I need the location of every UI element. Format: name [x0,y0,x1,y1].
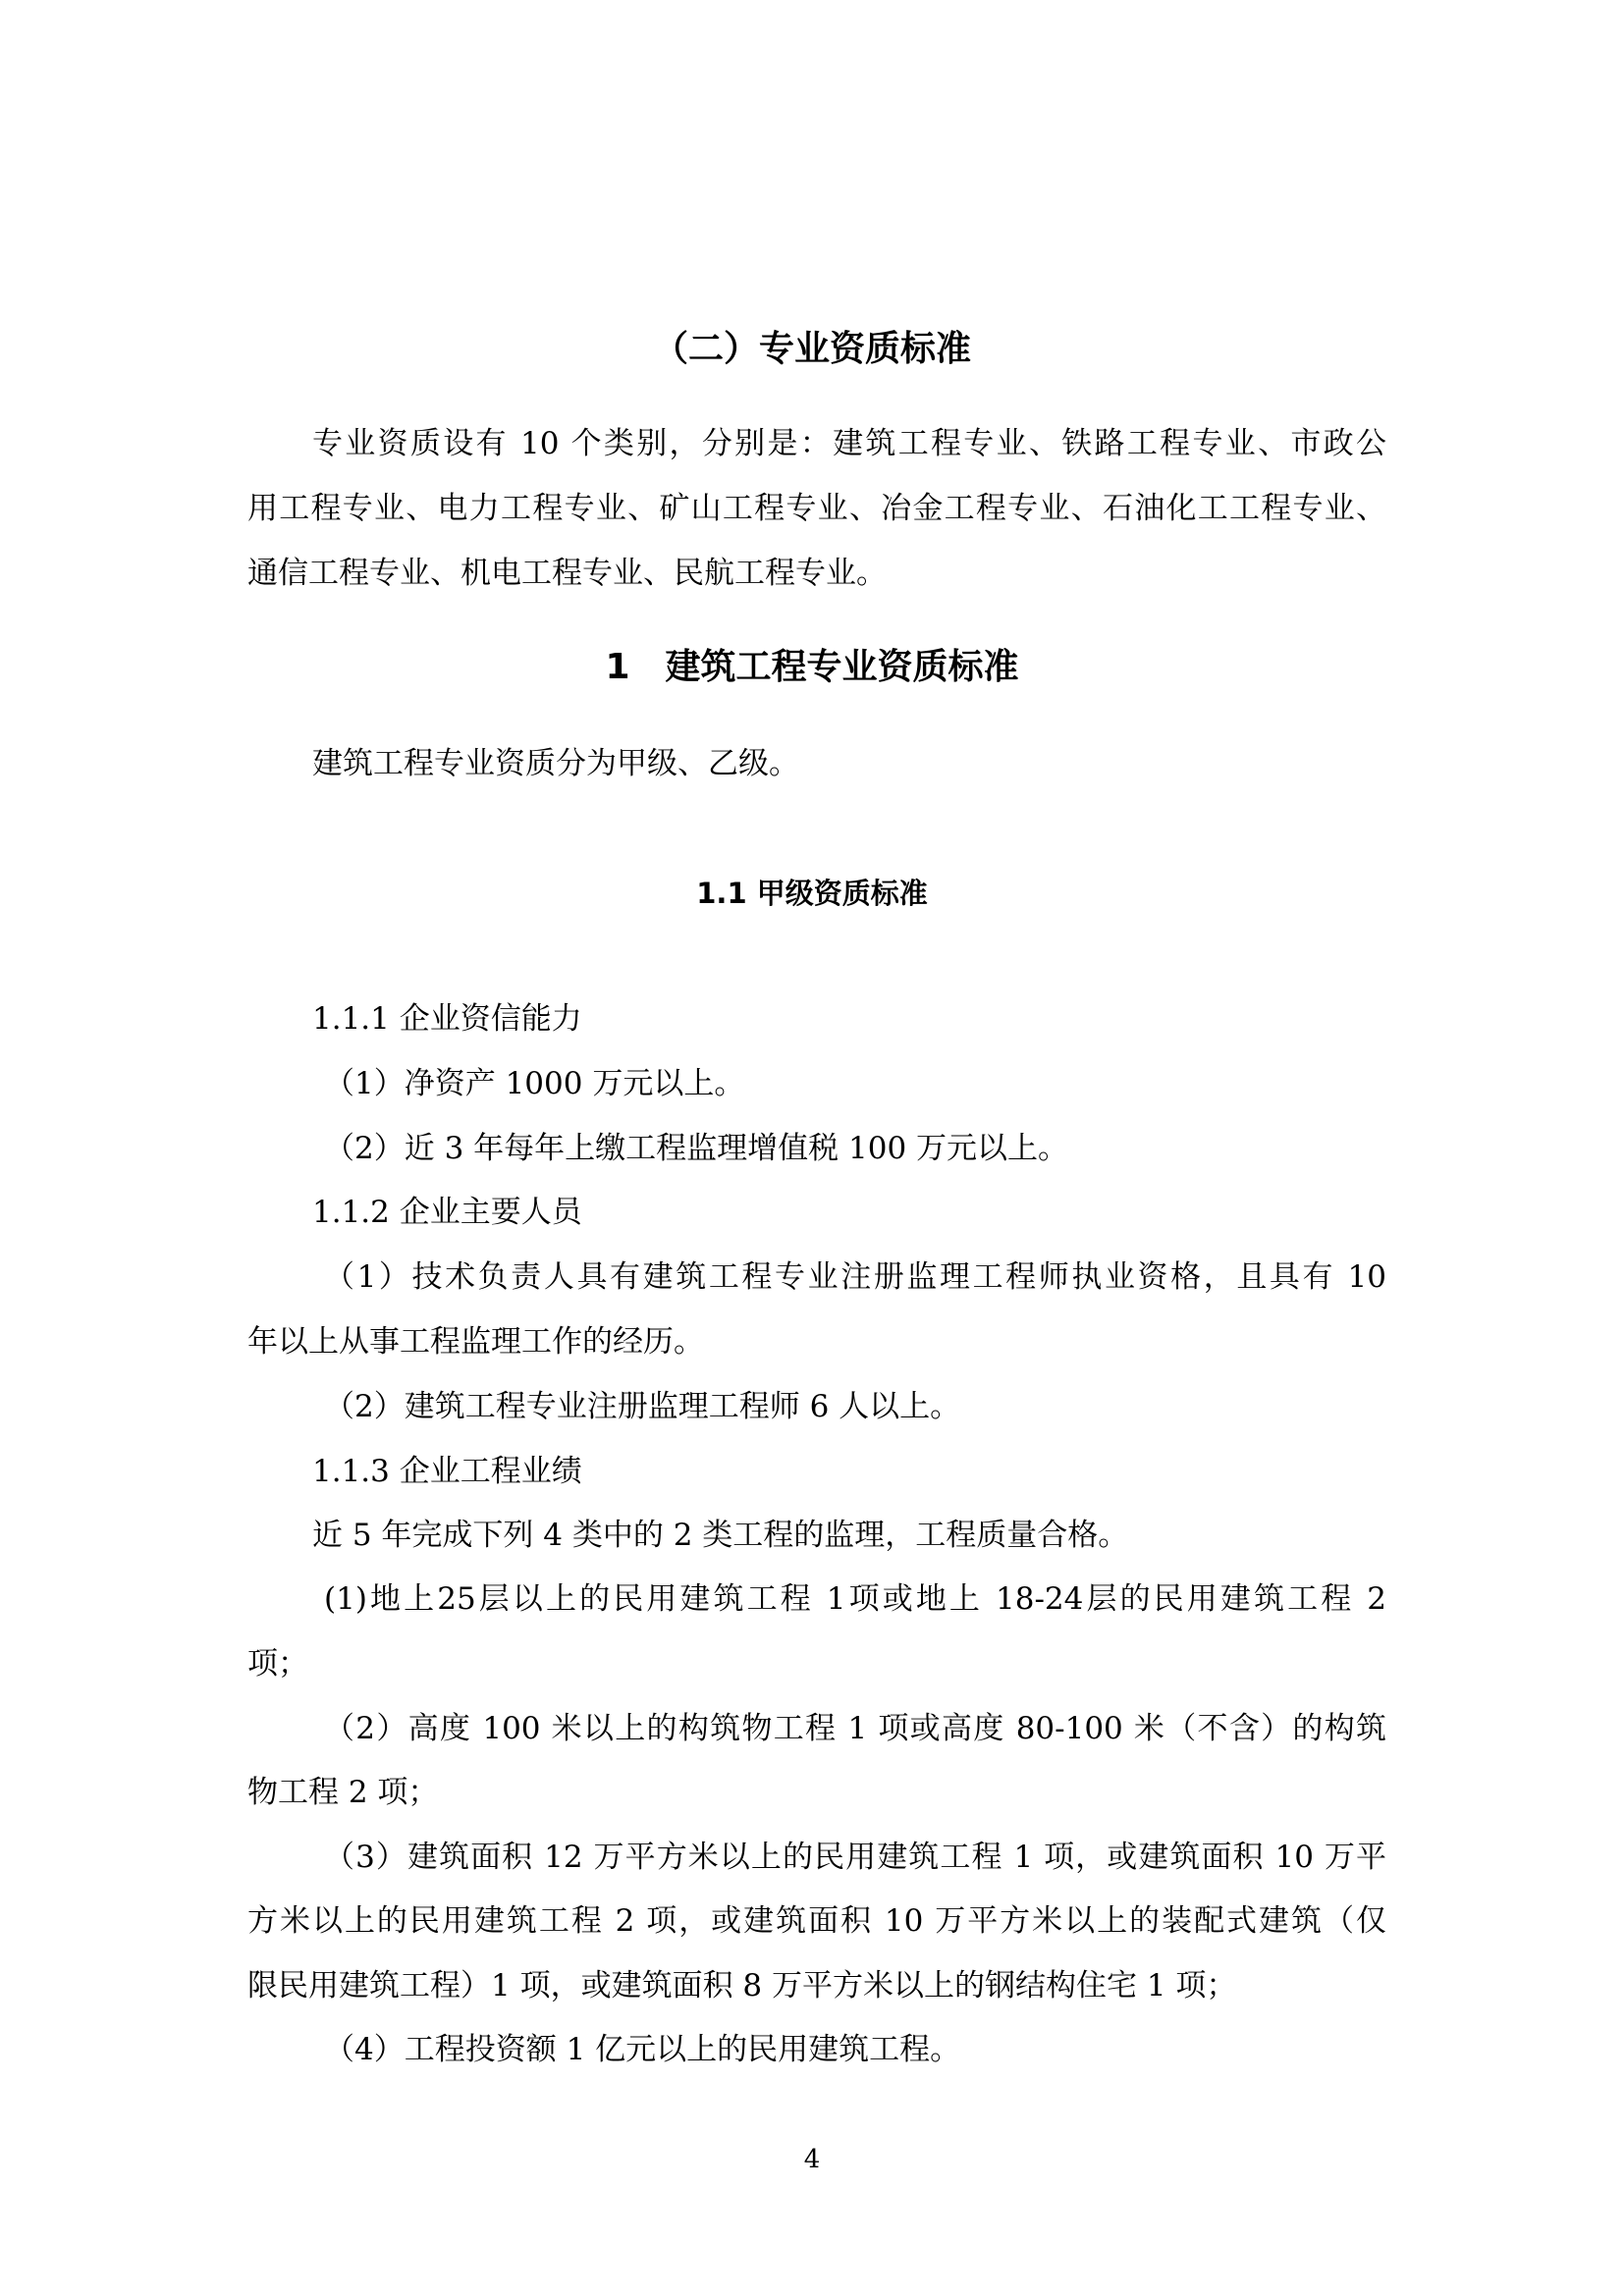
section-title: （二）专业资质标准 [0,330,1624,369]
grade-title: 1.1 甲级资质标准 [0,874,1624,913]
clause-1-1-3-item-3-line-3: 限民用建筑工程）1 项，或建筑面积 8 万平方米以上的钢结构住宅 1 项； [247,1966,1386,2005]
clause-1-1-3-item-3-line-2: 方米以上的民用建筑工程 2 项，或建筑面积 10 万平方米以上的装配式建筑（仅 [247,1901,1386,1941]
clause-1-1-1-item-2: （2）近 3 年每年上缴工程监理增值税 100 万元以上。 [324,1129,1463,1168]
page-number: 4 [0,2140,1624,2179]
intro-line-1: 专业资质设有 10 个类别，分别是：建筑工程专业、铁路工程专业、市政公 [312,424,1386,463]
subsection-title: 1 建筑工程专业资质标准 [0,648,1624,687]
clause-1-1-3-item-1-line-1: (1)地上25层以上的民用建筑工程 1项或地上 18-24层的民用建筑工程 2 [324,1579,1386,1619]
clause-1-1-3-item-2-line-1: （2）高度 100 米以上的构筑物工程 1 项或高度 80-100 米（不含）的… [324,1709,1386,1748]
clause-1-1-3-item-4: （4）工程投资额 1 亿元以上的民用建筑工程。 [324,2030,1463,2069]
clause-1-1-2-item-1-line-1: （1）技术负责人具有建筑工程专业注册监理工程师执业资格，且具有 10 [324,1257,1386,1297]
clause-1-1-3-intro: 近 5 年完成下列 4 类中的 2 类工程的监理，工程质量合格。 [312,1516,1386,1555]
clause-1-1-2-title: 1.1.2 企业主要人员 [312,1193,1386,1232]
clause-1-1-3-item-3-line-1: （3）建筑面积 12 万平方米以上的民用建筑工程 1 项，或建筑面积 10 万平 [324,1838,1386,1877]
clause-1-1-3-title: 1.1.3 企业工程业绩 [312,1452,1386,1491]
clause-1-1-2-item-1-line-2: 年以上从事工程监理工作的经历。 [247,1322,1386,1362]
clause-1-1-1-title: 1.1.1 企业资信能力 [312,999,1386,1039]
clause-1-1-1-item-1: （1）净资产 1000 万元以上。 [324,1064,1463,1103]
clause-1-1-2-item-2: （2）建筑工程专业注册监理工程师 6 人以上。 [324,1387,1463,1426]
intro-line-2: 用工程专业、电力工程专业、矿山工程专业、冶金工程专业、石油化工工程专业、 [247,489,1386,528]
clause-1-1-3-item-2-line-2: 物工程 2 项； [247,1773,1386,1812]
intro-line-3: 通信工程专业、机电工程专业、民航工程专业。 [247,554,1386,593]
subsection-intro: 建筑工程专业资质分为甲级、乙级。 [312,744,1386,783]
clause-1-1-3-item-1-line-2: 项； [247,1644,1386,1683]
